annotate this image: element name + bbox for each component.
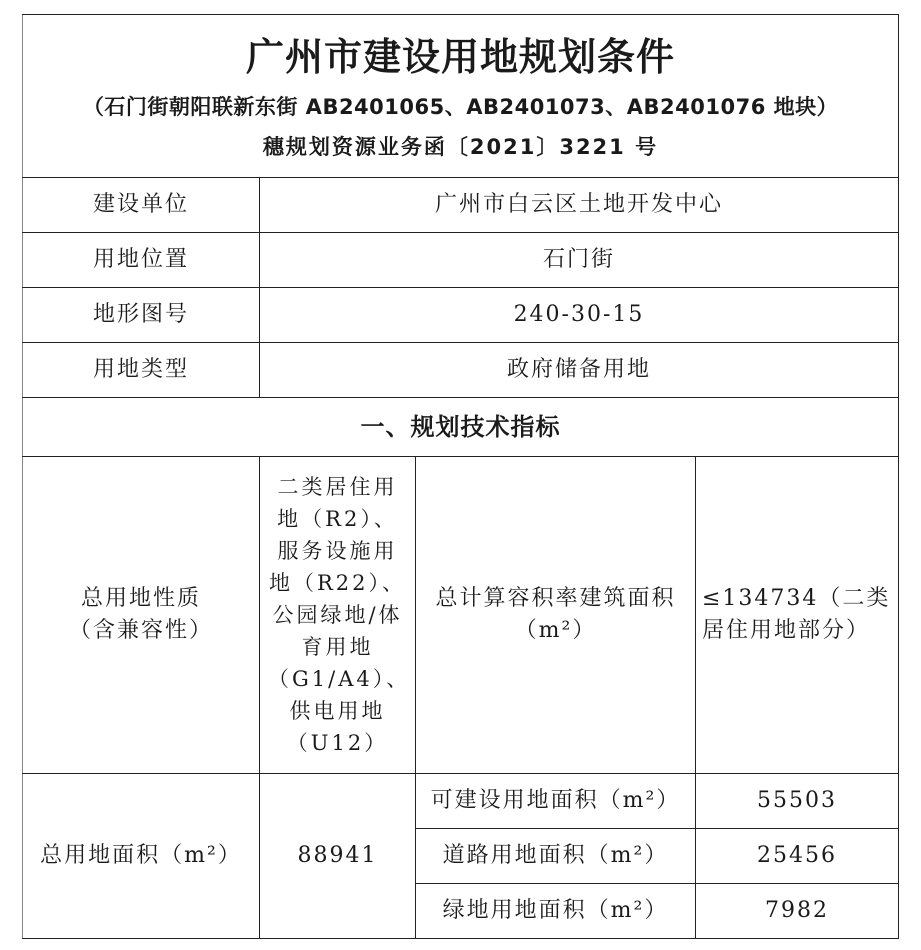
info-label: 用地位置 [23, 233, 260, 288]
land-use-label-line2: （含兼容性） [23, 615, 259, 647]
planning-conditions-table: 广州市建设用地规划条件 （石门街朝阳联新东街 AB2401065、AB24010… [22, 14, 899, 939]
document-title: 广州市建设用地规划条件 [23, 32, 898, 82]
far-area-label: 总计算容积率建筑面积 （m²） [416, 457, 696, 774]
info-row-construction-unit: 建设单位 广州市白云区土地开发中心 [23, 178, 899, 233]
area-row-buildable: 总用地面积（m²） 88941 可建设用地面积（m²） 55503 [23, 774, 899, 829]
total-area-value: 88941 [260, 774, 416, 939]
info-row-map-number: 地形图号 240-30-15 [23, 288, 899, 343]
area-breakdown-label: 可建设用地面积（m²） [416, 774, 696, 829]
document-header-row: 广州市建设用地规划条件 （石门街朝阳联新东街 AB2401065、AB24010… [23, 15, 899, 178]
document-header: 广州市建设用地规划条件 （石门街朝阳联新东街 AB2401065、AB24010… [23, 15, 899, 178]
info-row-land-type: 用地类型 政府储备用地 [23, 343, 899, 398]
section-title: 一、规划技术指标 [23, 398, 899, 457]
land-use-row: 总用地性质 （含兼容性） 二类居住用地（R2）、服务设施用地（R22）、公园绿地… [23, 457, 899, 774]
total-area-label: 总用地面积（m²） [23, 774, 260, 939]
area-breakdown-value: 25456 [696, 829, 899, 884]
info-label: 建设单位 [23, 178, 260, 233]
far-area-unit: （m²） [416, 615, 695, 647]
area-breakdown-value: 7982 [696, 884, 899, 939]
info-label: 地形图号 [23, 288, 260, 343]
section-header-row: 一、规划技术指标 [23, 398, 899, 457]
area-breakdown-value: 55503 [696, 774, 899, 829]
info-value: 广州市白云区土地开发中心 [260, 178, 899, 233]
info-value: 政府储备用地 [260, 343, 899, 398]
far-area-value: ≤134734（二类居住用地部分） [696, 457, 899, 774]
land-use-label-line1: 总用地性质 [23, 583, 259, 615]
land-use-label: 总用地性质 （含兼容性） [23, 457, 260, 774]
document-number: 穗规划资源业务函〔2021〕3221 号 [23, 132, 898, 162]
land-use-types: 二类居住用地（R2）、服务设施用地（R22）、公园绿地/体育用地（G1/A4）、… [260, 471, 415, 759]
far-area-label-text: 总计算容积率建筑面积 [416, 583, 695, 615]
land-use-value: 二类居住用地（R2）、服务设施用地（R22）、公园绿地/体育用地（G1/A4）、… [260, 457, 416, 774]
info-value: 石门街 [260, 233, 899, 288]
info-label: 用地类型 [23, 343, 260, 398]
info-row-land-location: 用地位置 石门街 [23, 233, 899, 288]
far-area-value-text: ≤134734（二类居住用地部分） [696, 583, 898, 647]
info-value: 240-30-15 [260, 288, 899, 343]
area-breakdown-label: 绿地用地面积（m²） [416, 884, 696, 939]
area-breakdown-label: 道路用地面积（m²） [416, 829, 696, 884]
document-subtitle: （石门街朝阳联新东街 AB2401065、AB2401073、AB2401076… [23, 92, 898, 122]
